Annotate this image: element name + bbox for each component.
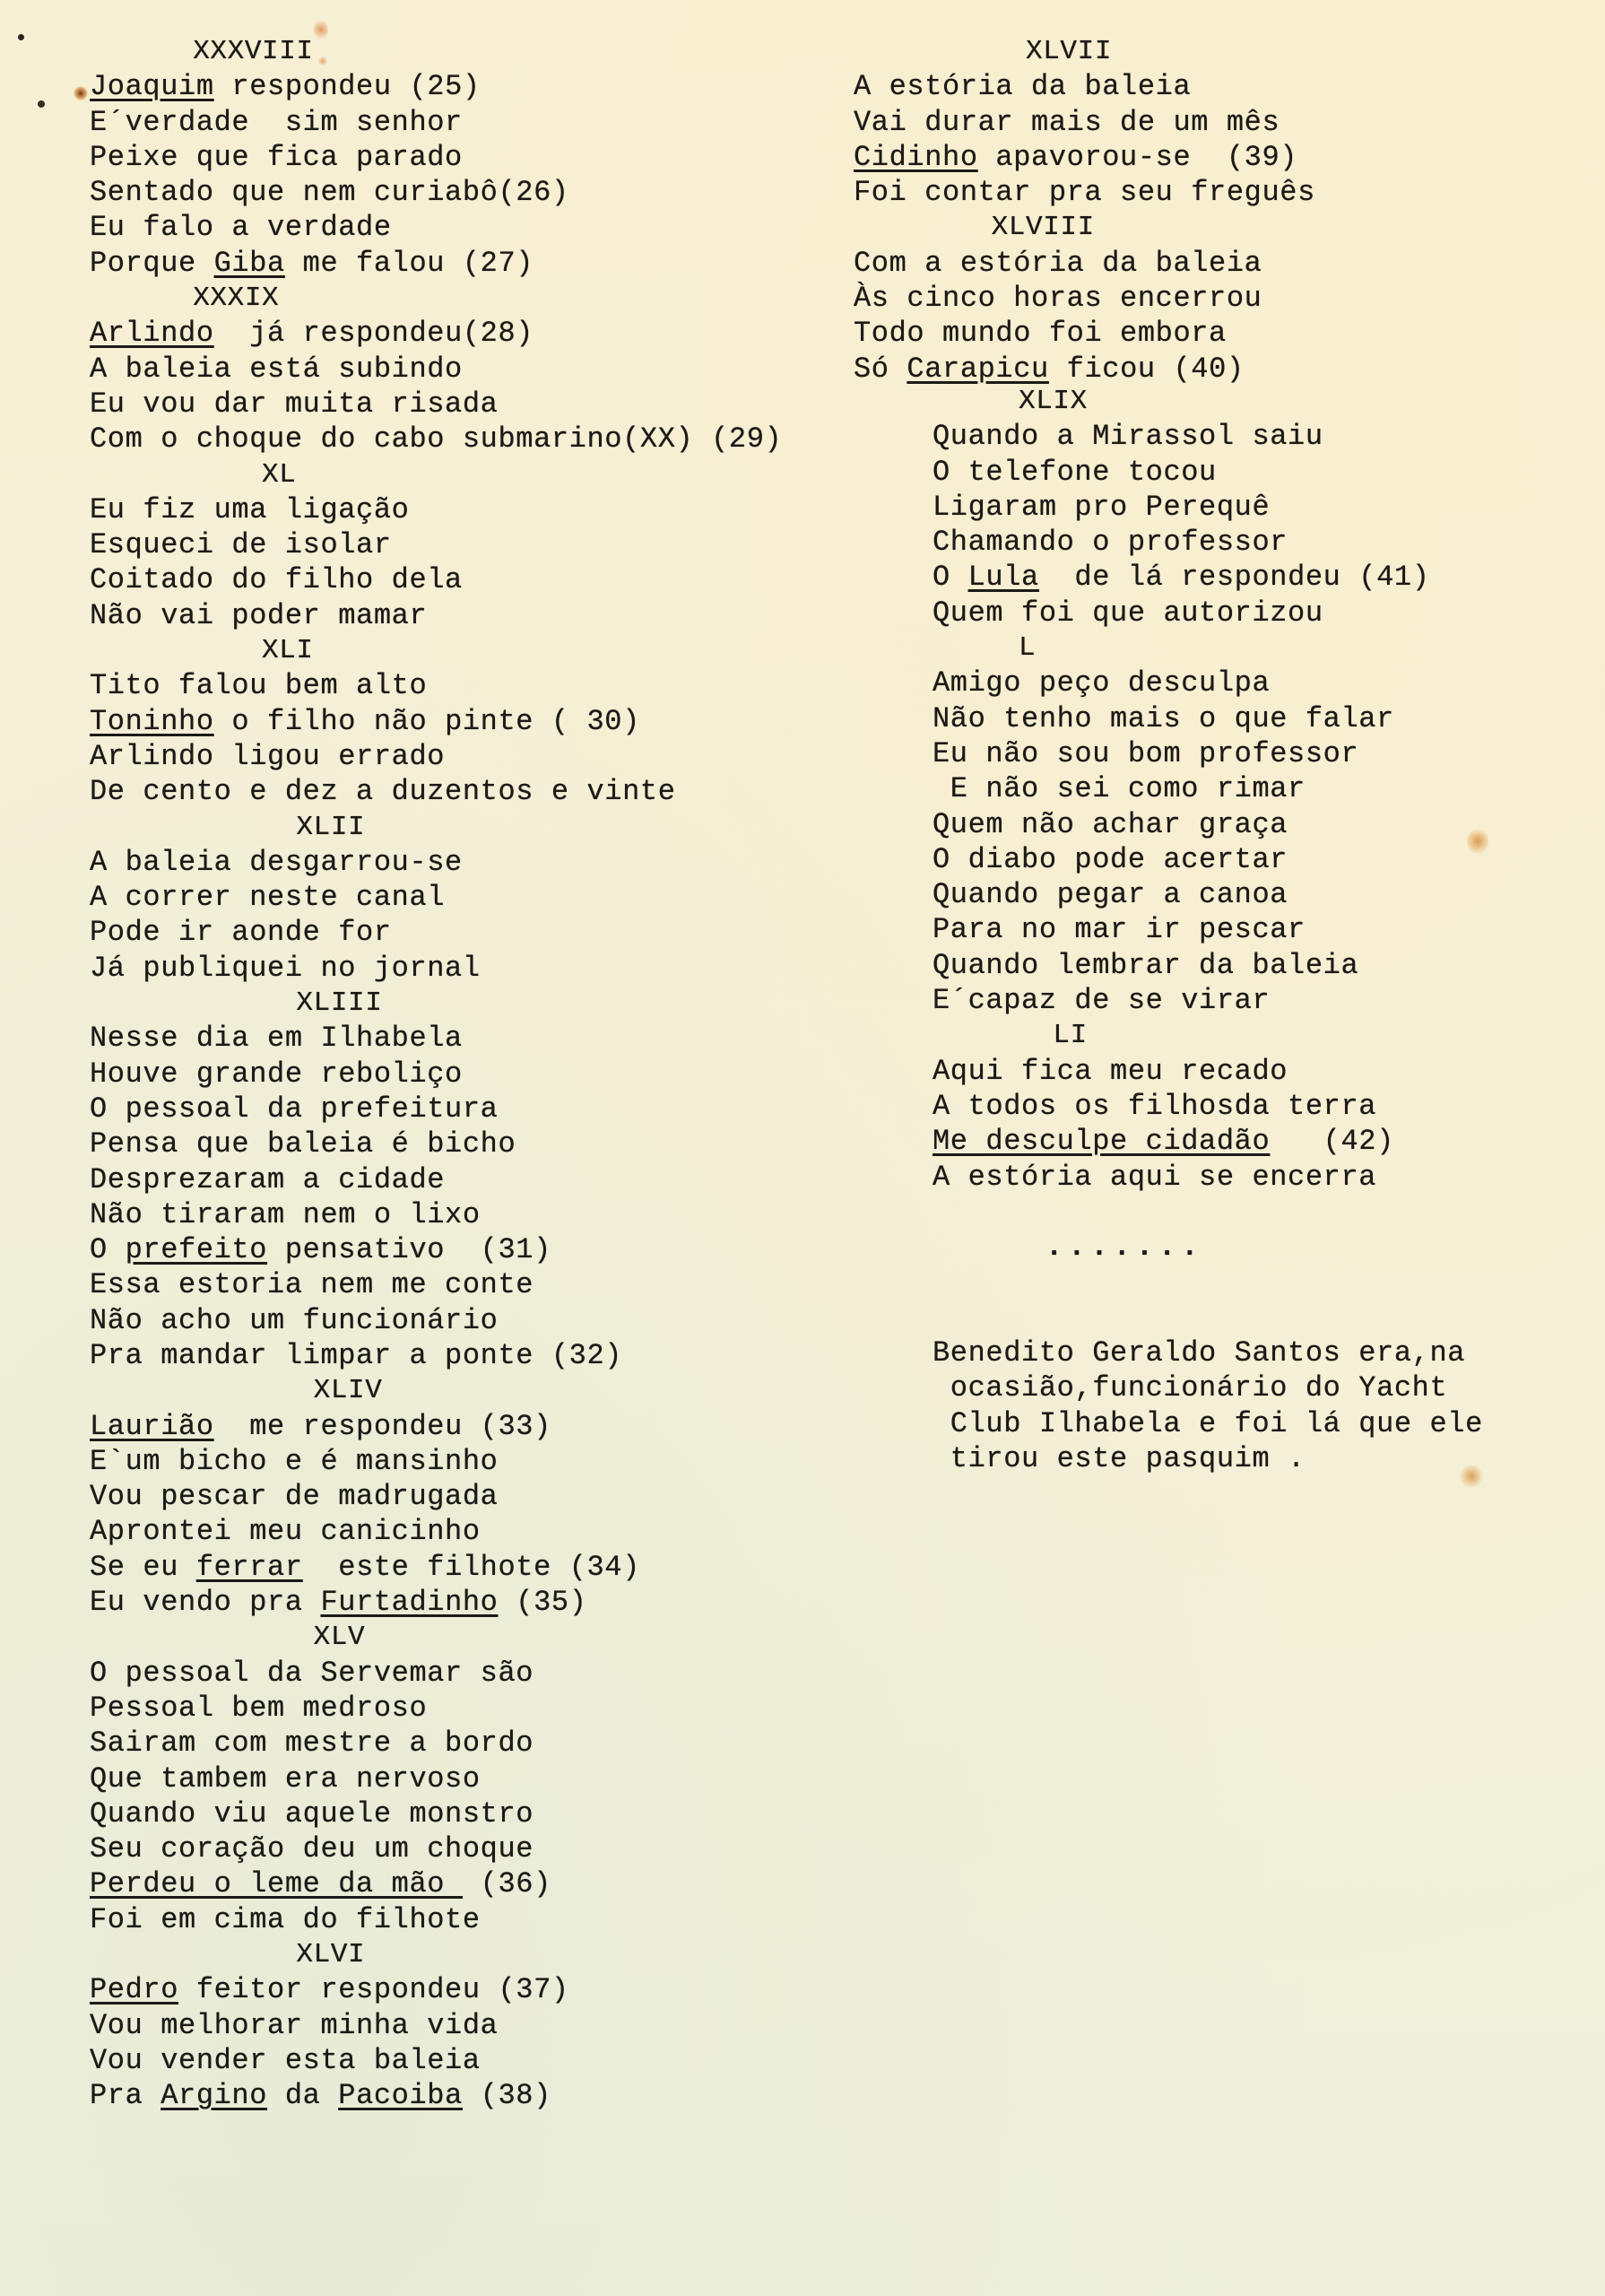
verse-text: me falou (27) <box>285 247 534 280</box>
verse-line: Desprezaram a cidade <box>90 1162 782 1197</box>
left-column: XXXVIIIJoaquim respondeu (25)E´verdade s… <box>90 34 782 2114</box>
verse-line: Club Ilhabela e foi lá que ele <box>933 1406 1483 1441</box>
stanza-number-text: XLVIII <box>854 212 1095 243</box>
verse-text: Aqui fica meu recado <box>933 1055 1288 1088</box>
underlined-name: Laurião <box>90 1410 214 1443</box>
ink-speck <box>18 34 24 40</box>
verse-text: Pra mandar limpar a ponte (32) <box>90 1339 622 1372</box>
verse-text: A baleia está subindo <box>90 352 463 386</box>
verse-text: Já publiquei no jornal <box>90 952 481 985</box>
stanza-number-text: XLV <box>90 1622 365 1653</box>
underlined-name: Me desculpe cidadão <box>933 1125 1270 1158</box>
verse-line: Amigo peço desculpa <box>933 665 1483 700</box>
verse-text: Todo mundo foi embora <box>854 317 1227 350</box>
verse-text: Não tenho mais o que falar <box>933 702 1394 735</box>
verse-line: Perdeu o leme da mão (36) <box>90 1866 782 1901</box>
verse-text: Quem não achar graça <box>933 808 1288 841</box>
stanza-number-text: XLI <box>90 635 314 666</box>
verse-line: Pra mandar limpar a ponte (32) <box>90 1338 782 1373</box>
verse-text: Se eu <box>90 1551 196 1584</box>
verse-line: Quando a Mirassol saiu <box>933 419 1483 454</box>
verse-text: Porque <box>90 247 214 280</box>
verse-line: Vou vender esta baleia <box>90 2043 782 2078</box>
verse-text: Chamando o professor <box>933 526 1288 559</box>
verse-line: Arlindo já respondeu(28) <box>90 316 782 351</box>
verse-line: Quem foi que autorizou <box>933 596 1483 631</box>
blank-line <box>933 1265 1483 1300</box>
verse-text: O <box>933 561 968 594</box>
verse-text: ficou (40) <box>1049 352 1245 386</box>
verse-line: Eu falo a verdade <box>90 210 782 245</box>
verse-line: Coitado do filho dela <box>90 562 782 597</box>
verse-text: Quando viu aquele monstro <box>90 1797 534 1831</box>
verse-text: Tito falou bem alto <box>90 669 427 702</box>
stanza-number-text: XLIII <box>90 987 382 1019</box>
verse-line: Quem não achar graça <box>933 807 1483 842</box>
verse-line: Pode ir aonde for <box>90 915 782 950</box>
verse-text: Que tambem era nervoso <box>90 1762 481 1796</box>
verse-line: Quando pegar a canoa <box>933 877 1483 912</box>
verse-text: Vai durar mais de um mês <box>854 106 1280 139</box>
stanza-number-text: L <box>933 632 1036 664</box>
stanza-number: XXXIX <box>90 281 782 316</box>
verse-text: Sairam com mestre a bordo <box>90 1726 534 1760</box>
verse-line: Essa estoria nem me conte <box>90 1267 782 1302</box>
verse-text: Esqueci de isolar <box>90 528 392 561</box>
verse-text: Nesse dia em Ilhabela <box>90 1022 463 1055</box>
verse-text: Sentado que nem curiabô(26) <box>90 176 569 209</box>
verse-line: tirou este pasquim . <box>933 1441 1483 1476</box>
verse-text: A correr neste canal <box>90 881 445 914</box>
verse-line: Todo mundo foi embora <box>854 316 1315 351</box>
verse-line: Com a estória da baleia <box>854 246 1315 281</box>
verse-line: E não sei como rimar <box>933 771 1483 806</box>
verse-text: E´verdade sim senhor <box>90 106 463 139</box>
verse-text: Desprezaram a cidade <box>90 1163 445 1196</box>
verse-text: Eu falo a verdade <box>90 211 392 244</box>
underlined-name: Toninho <box>90 705 214 738</box>
stanza-number: XLIV <box>90 1373 782 1408</box>
verse-text: Pra <box>90 2079 160 2112</box>
verse-line: Pedro feitor respondeu (37) <box>90 1972 782 2007</box>
underlined-name: Furtadinho <box>320 1586 498 1619</box>
verse-line: Aprontei meu canicinho <box>90 1514 782 1549</box>
verse-text: respondeu (25) <box>214 70 481 103</box>
verse-line: Aqui fica meu recado <box>933 1054 1483 1089</box>
verse-line: O pessoal da Servemar são <box>90 1656 782 1691</box>
verse-line: Pessoal bem medroso <box>90 1691 782 1726</box>
verse-text: A estória aqui se encerra <box>933 1161 1376 1194</box>
verse-text: Vou vender esta baleia <box>90 2044 481 2077</box>
verse-text: Só <box>854 352 907 386</box>
verse-line: O Lula de lá respondeu (41) <box>933 560 1483 595</box>
verse-line: E´capaz de se virar <box>933 983 1483 1018</box>
underlined-name: Pedro <box>90 1973 178 2006</box>
stanza-number: XLI <box>90 633 782 668</box>
verse-text: Vou melhorar minha vida <box>90 2009 498 2042</box>
verse-line: A baleia desgarrou-se <box>90 845 782 880</box>
verse-line: Não tiraram nem o lixo <box>90 1197 782 1232</box>
verse-text: Não tiraram nem o lixo <box>90 1198 481 1231</box>
ink-speck <box>38 100 45 108</box>
verse-line: Eu fiz uma ligação <box>90 492 782 527</box>
verse-line: Vou melhorar minha vida <box>90 2008 782 2043</box>
verse-text: o filho não pinte ( 30) <box>214 705 640 738</box>
verse-text: De cento e dez a duzentos e vinte <box>90 775 676 808</box>
verse-text: Com a estória da baleia <box>854 247 1262 280</box>
verse-line: Nesse dia em Ilhabela <box>90 1021 782 1056</box>
verse-text: Coitado do filho dela <box>90 563 463 596</box>
verse-text: O diabo pode acertar <box>933 843 1288 876</box>
underlined-name: Pacoiba <box>338 2079 463 2112</box>
verse-text: Pensa que baleia é bicho <box>90 1127 516 1161</box>
verse-line: De cento e dez a duzentos e vinte <box>90 774 782 809</box>
verse-text: Quando lembrar da baleia <box>933 949 1358 982</box>
verse-line: Eu vendo pra Furtadinho (35) <box>90 1585 782 1620</box>
verse-line: A todos os filhosda terra <box>933 1089 1483 1124</box>
verse-text: E não sei como rimar <box>933 772 1306 805</box>
verse-line: Esqueci de isolar <box>90 527 782 562</box>
verse-text: Quem foi que autorizou <box>933 596 1323 630</box>
verse-line: E´verdade sim senhor <box>90 105 782 140</box>
verse-text: Quando a Mirassol saiu <box>933 420 1323 453</box>
verse-text: Não vai poder mamar <box>90 599 427 632</box>
verse-text: Club Ilhabela e foi lá que ele <box>933 1407 1483 1440</box>
verse-text: Pessoal bem medroso <box>90 1692 427 1725</box>
verse-text: Benedito Geraldo Santos era,na <box>933 1336 1465 1370</box>
verse-text: apavorou-se (39) <box>978 141 1297 174</box>
verse-line: Peixe que fica parado <box>90 140 782 175</box>
stanza-number: XLVI <box>90 1937 782 1972</box>
underlined-name: Joaquim <box>90 70 214 103</box>
verse-line: O diabo pode acertar <box>933 842 1483 877</box>
verse-text: O <box>90 1233 126 1266</box>
verse-line: Tito falou bem alto <box>90 668 782 703</box>
verse-line: Sairam com mestre a bordo <box>90 1726 782 1761</box>
verse-line: Cidinho apavorou-se (39) <box>854 140 1315 175</box>
stanza-number-text: XL <box>90 459 296 491</box>
stanza-number: XLVIII <box>854 210 1315 245</box>
underlined-name: Giba <box>214 247 285 280</box>
verse-line: Vou pescar de madrugada <box>90 1479 782 1514</box>
stanza-number-text: XXXVIII <box>90 36 314 67</box>
verse-line: A correr neste canal <box>90 880 782 915</box>
verse-line: Se eu ferrar este filhote (34) <box>90 1550 782 1585</box>
verse-line: Benedito Geraldo Santos era,na <box>933 1335 1483 1370</box>
verse-text: tirou este pasquim . <box>933 1442 1306 1475</box>
verse-text: Às cinco horas encerrou <box>854 282 1262 315</box>
blank-line <box>933 1195 1483 1230</box>
verse-line: Sentado que nem curiabô(26) <box>90 175 782 210</box>
verse-line: Seu coração deu um choque <box>90 1831 782 1866</box>
verse-line: Laurião me respondeu (33) <box>90 1409 782 1444</box>
verse-text: Para no mar ir pescar <box>933 913 1306 946</box>
verse-text: (35) <box>498 1586 586 1619</box>
verse-line: Eu vou dar muita risada <box>90 387 782 422</box>
verse-text: me respondeu (33) <box>214 1410 551 1443</box>
verse-text: ocasião,funcionário do Yacht <box>933 1371 1447 1405</box>
stanza-number: XLV <box>90 1620 782 1655</box>
verse-text: Com o choque do cabo submarino(XX) (29) <box>90 422 782 456</box>
stanza-number: XLIX <box>933 384 1483 419</box>
verse-text: Vou pescar de madrugada <box>90 1480 498 1513</box>
verse-text: E´capaz de se virar <box>933 984 1270 1017</box>
separator-dots: ....... <box>933 1230 1483 1265</box>
verse-line: Joaquim respondeu (25) <box>90 69 782 104</box>
verse-text: Eu vendo pra <box>90 1586 320 1619</box>
underlined-name: Argino <box>160 2079 267 2112</box>
underlined-name: Lula <box>968 561 1039 594</box>
verse-line: Ligaram pro Perequê <box>933 490 1483 525</box>
verse-line: Pra Argino da Pacoiba (38) <box>90 2078 782 2113</box>
verse-text: Houve grande reboliço <box>90 1057 463 1091</box>
verse-line: Para no mar ir pescar <box>933 912 1483 947</box>
verse-line: Às cinco horas encerrou <box>854 281 1315 316</box>
verse-text: já respondeu(28) <box>214 317 534 350</box>
verse-line: Porque Giba me falou (27) <box>90 246 782 281</box>
verse-line: Chamando o professor <box>933 525 1483 560</box>
verse-text: pensativo (31) <box>267 1233 551 1266</box>
verse-text: A todos os filhosda terra <box>933 1090 1376 1123</box>
stanza-number: XLVII <box>854 34 1315 69</box>
stanza-number: XLII <box>90 810 782 845</box>
verse-text: A baleia desgarrou-se <box>90 846 463 879</box>
stanza-number-text: XLVI <box>90 1939 365 1970</box>
verse-text: Essa estoria nem me conte <box>90 1268 534 1301</box>
verse-text: Arlindo ligou errado <box>90 740 445 773</box>
verse-line: Só Carapicu ficou (40) <box>854 352 1315 387</box>
stanza-number: LI <box>933 1018 1483 1053</box>
verse-text: O telefone tocou <box>933 456 1217 489</box>
stanza-number-text: XXXIX <box>90 283 279 314</box>
verse-line: O pessoal da prefeitura <box>90 1091 782 1126</box>
verse-text: Eu vou dar muita risada <box>90 387 498 421</box>
verse-line: A estória da baleia <box>854 69 1315 104</box>
verse-line: Que tambem era nervoso <box>90 1761 782 1796</box>
stanza-number: XLIII <box>90 986 782 1021</box>
verse-text: A estória da baleia <box>854 70 1191 103</box>
stanza-number-text: XLII <box>90 812 365 843</box>
underlined-name: Arlindo <box>90 317 214 350</box>
underlined-name: Cidinho <box>854 141 978 174</box>
verse-text: Seu coração deu um choque <box>90 1832 534 1865</box>
right-column-bottom: XLIXQuando a Mirassol saiuO telefone toc… <box>933 384 1483 1476</box>
verse-text: Eu fiz uma ligação <box>90 493 409 526</box>
verse-line: Eu não sou bom professor <box>933 736 1483 771</box>
verse-line: Já publiquei no jornal <box>90 951 782 986</box>
underlined-name: ferrar <box>196 1551 303 1584</box>
verse-text: da <box>267 2079 338 2112</box>
separator-dots-text: ....... <box>933 1231 1203 1264</box>
verse-line: Quando lembrar da baleia <box>933 948 1483 983</box>
blank-line <box>933 1300 1483 1335</box>
verse-line: Foi contar pra seu freguês <box>854 175 1315 210</box>
verse-text: Quando pegar a canoa <box>933 878 1288 911</box>
verse-text: (36) <box>463 1867 551 1900</box>
verse-line: Houve grande reboliço <box>90 1057 782 1091</box>
verse-line: ocasião,funcionário do Yacht <box>933 1370 1483 1405</box>
verse-text: Ligaram pro Perequê <box>933 491 1270 524</box>
verse-text: de lá respondeu (41) <box>1039 561 1430 594</box>
verse-text: Foi em cima do filhote <box>90 1903 481 1936</box>
verse-line: A baleia está subindo <box>90 352 782 387</box>
verse-text: Peixe que fica parado <box>90 141 463 174</box>
verse-line: Pensa que baleia é bicho <box>90 1126 782 1161</box>
verse-text: Pode ir aonde for <box>90 916 392 949</box>
stanza-number-text: XLVII <box>854 36 1112 67</box>
verse-text: feitor respondeu (37) <box>178 1973 569 2006</box>
verse-line: A estória aqui se encerra <box>933 1160 1483 1195</box>
verse-line: Com o choque do cabo submarino(XX) (29) <box>90 422 782 457</box>
stanza-number: XXXVIII <box>90 34 782 69</box>
verse-text: este filhote (34) <box>303 1551 640 1584</box>
verse-text: O pessoal da prefeitura <box>90 1092 498 1126</box>
right-column-top: XLVIIA estória da baleiaVai durar mais d… <box>854 34 1315 387</box>
verse-line: Arlindo ligou errado <box>90 739 782 774</box>
stanza-number: L <box>933 631 1483 665</box>
rust-stain <box>74 86 88 100</box>
underlined-name: Perdeu o leme da mão <box>90 1867 463 1900</box>
verse-text: (42) <box>1270 1125 1394 1158</box>
stanza-number: XL <box>90 457 782 492</box>
verse-line: Toninho o filho não pinte ( 30) <box>90 704 782 739</box>
verse-text: Foi contar pra seu freguês <box>854 176 1315 209</box>
stanza-number-text: LI <box>933 1020 1088 1051</box>
verse-line: Não vai poder mamar <box>90 598 782 633</box>
underlined-name: prefeito <box>126 1233 267 1266</box>
verse-line: Não acho um funcionário <box>90 1303 782 1338</box>
verse-line: O prefeito pensativo (31) <box>90 1232 782 1267</box>
verse-text: O pessoal da Servemar são <box>90 1657 534 1690</box>
verse-text: E`um bicho e é mansinho <box>90 1445 498 1478</box>
verse-line: Quando viu aquele monstro <box>90 1796 782 1831</box>
verse-text: Não acho um funcionário <box>90 1304 498 1337</box>
verse-line: O telefone tocou <box>933 455 1483 490</box>
verse-text: (38) <box>463 2079 551 2112</box>
verse-text: Aprontei meu canicinho <box>90 1515 481 1548</box>
stanza-number-text: XLIV <box>90 1375 382 1406</box>
verse-text: Eu não sou bom professor <box>933 737 1358 770</box>
verse-line: E`um bicho e é mansinho <box>90 1444 782 1479</box>
verse-text: Amigo peço desculpa <box>933 666 1270 700</box>
verse-line: Foi em cima do filhote <box>90 1902 782 1937</box>
underlined-name: Carapicu <box>907 352 1048 386</box>
stanza-number-text: XLIX <box>933 386 1088 417</box>
verse-line: Não tenho mais o que falar <box>933 701 1483 736</box>
verse-line: Me desculpe cidadão (42) <box>933 1124 1483 1159</box>
verse-line: Vai durar mais de um mês <box>854 105 1315 140</box>
